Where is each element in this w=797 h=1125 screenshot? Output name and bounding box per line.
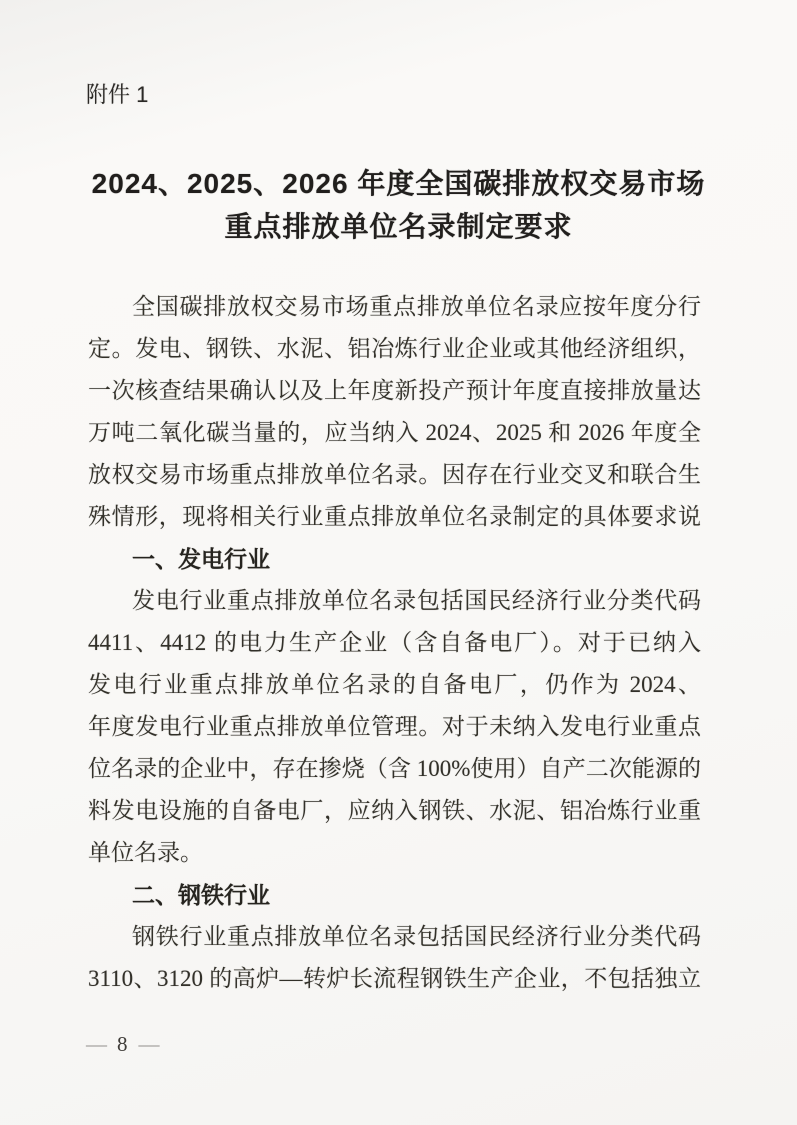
paragraph-line: 定。发电、钢铁、水泥、铝冶炼行业企业或其他经济组织，经最近	[88, 328, 701, 370]
paragraph-line: 发电行业重点排放单位名录包括国民经济行业分类代码为	[88, 580, 701, 622]
document-body: 全国碳排放权交易市场重点排放单位名录应按年度分行业制 定。发电、钢铁、水泥、铝冶…	[88, 286, 701, 1000]
title-line-1: 2024、2025、2026 年度全国碳排放权交易市场	[0, 162, 797, 205]
footer-dash-right: —	[139, 1031, 159, 1057]
page-number: 8	[117, 1031, 128, 1057]
document-title: 2024、2025、2026 年度全国碳排放权交易市场 重点排放单位名录制定要求	[0, 162, 797, 248]
paragraph-line: 放权交易市场重点排放单位名录。因存在行业交叉和联合生产等特	[88, 454, 701, 496]
section-heading-steel: 二、钢铁行业	[88, 874, 701, 916]
footer-dash-left: —	[86, 1031, 106, 1057]
paragraph-line: 全国碳排放权交易市场重点排放单位名录应按年度分行业制	[88, 286, 701, 328]
title-line-2: 重点排放单位名录制定要求	[0, 205, 797, 248]
paragraph-line: 位名录的企业中，存在掺烧（含 100%使用）自产二次能源的化石燃	[88, 748, 701, 790]
paragraph-line: 3110、3120 的高炉—转炉长流程钢铁生产企业，不包括独立电炉短	[88, 958, 701, 1000]
paragraph-line: 万吨二氧化碳当量的，应当纳入 2024、2025 和 2026 年度全国碳排	[88, 412, 701, 454]
paragraph-line: 单位名录。	[88, 832, 701, 874]
document-page: 附件 1 2024、2025、2026 年度全国碳排放权交易市场 重点排放单位名…	[0, 0, 797, 1125]
paragraph-line: 年度发电行业重点排放单位管理。对于未纳入发电行业重点排放单	[88, 706, 701, 748]
paragraph-line: 一次核查结果确认以及上年度新投产预计年度直接排放量达到 2.6	[88, 370, 701, 412]
page-footer: — 8 —	[86, 1031, 159, 1057]
section-heading-power-generation: 一、发电行业	[88, 538, 701, 580]
paragraph-line: 4411、4412 的电力生产企业（含自备电厂）。对于已纳入 2023 年度	[88, 622, 701, 664]
paragraph-line: 钢铁行业重点排放单位名录包括国民经济行业分类代码为	[88, 916, 701, 958]
attachment-label: 附件 1	[86, 80, 148, 110]
paragraph-line: 发电行业重点排放单位名录的自备电厂，仍作为 2024、2025、2026	[88, 664, 701, 706]
paragraph-line: 殊情形，现将相关行业重点排放单位名录制定的具体要求说明如下：	[88, 496, 701, 538]
paragraph-line: 料发电设施的自备电厂，应纳入钢铁、水泥、铝冶炼行业重点排放	[88, 790, 701, 832]
